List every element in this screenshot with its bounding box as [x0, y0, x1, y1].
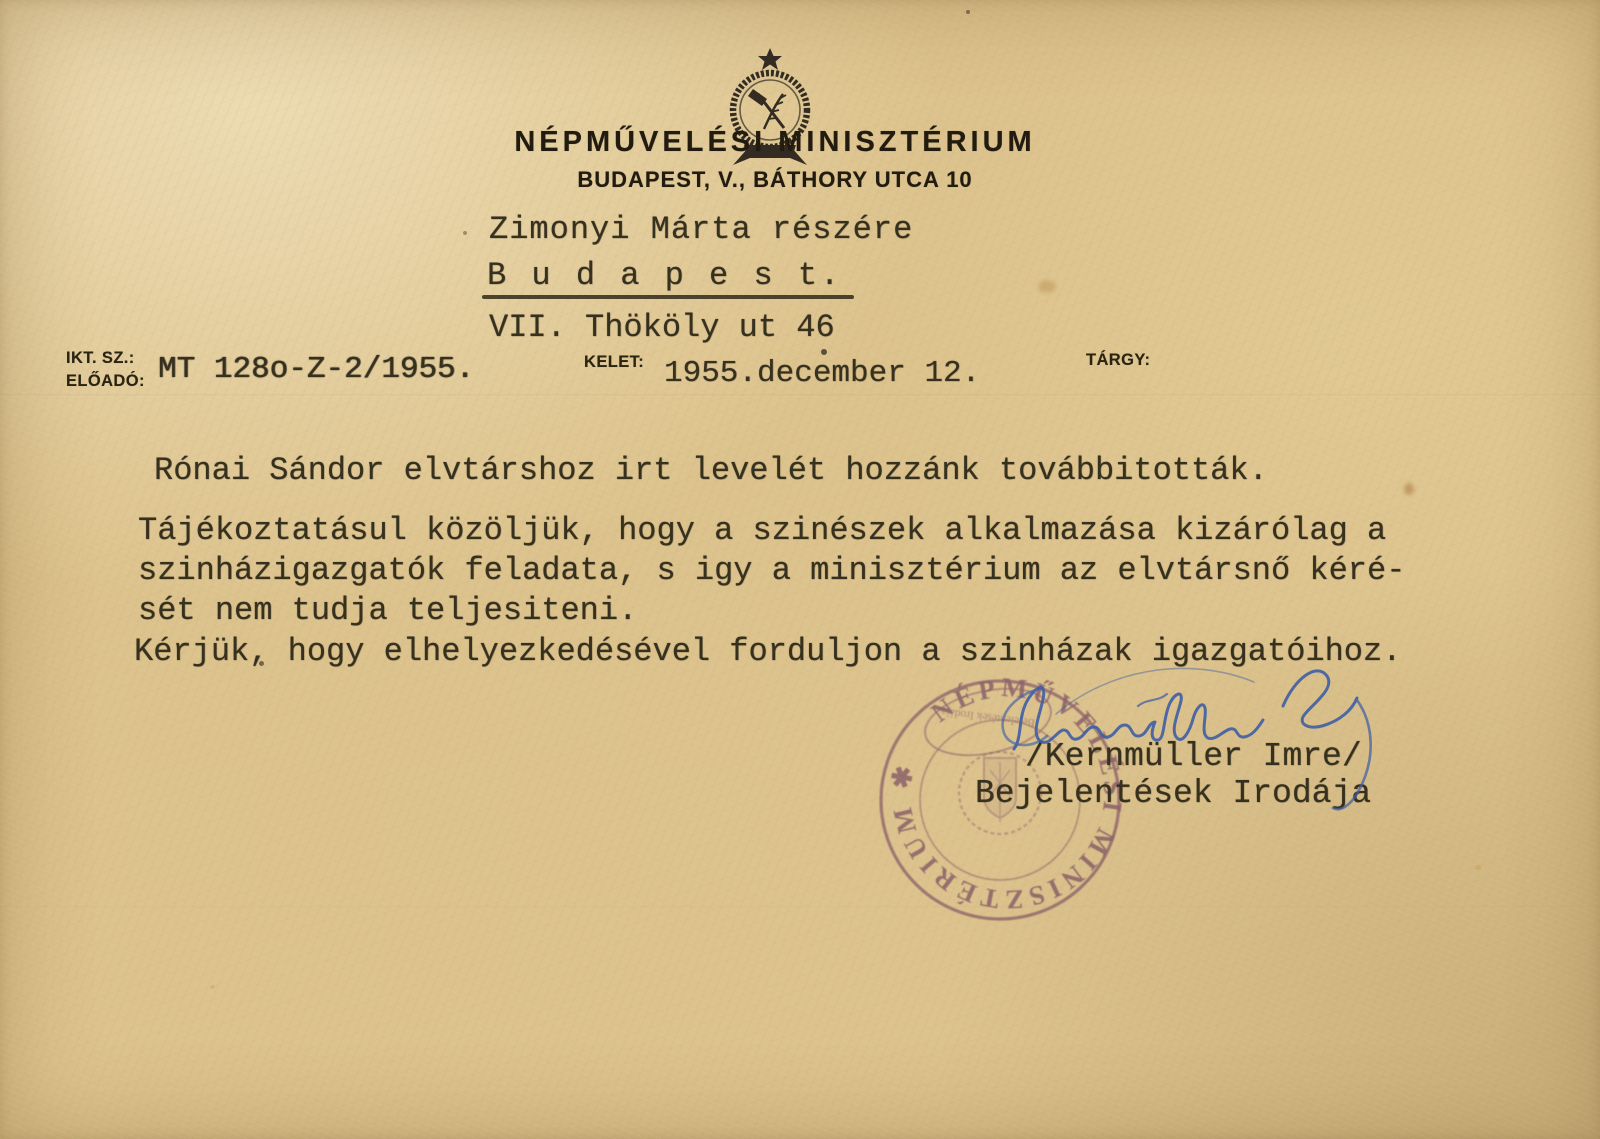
- handwritten-signature: [950, 640, 1410, 840]
- ministry-name: NÉPMŰVELÉSI MINISZTÉRIUM: [375, 126, 1175, 159]
- addressee-name: Zimonyi Márta részére: [489, 211, 913, 248]
- body-line: Tájékoztatásul közöljük, hogy a szinésze…: [138, 512, 1386, 549]
- document-page: NÉPMŰVELÉSI MINISZTÉRIUM BUDAPEST, V., B…: [0, 0, 1600, 1139]
- paper-stain: [1404, 483, 1414, 495]
- city-underline: [482, 295, 854, 299]
- body-line: szinházigazgatók feladata, s igy a minis…: [138, 552, 1405, 589]
- paper-stain: [1038, 280, 1056, 293]
- paper-speck: [463, 231, 467, 235]
- eloado-label: ELŐADÓ:: [66, 372, 145, 391]
- addressee-city: B u d a p e s t.: [487, 257, 842, 294]
- fold-crease: [0, 394, 1600, 397]
- addressee-street: VII. Thököly ut 46: [489, 309, 835, 346]
- body-line: Rónai Sándor elvtárshoz irt levelét hozz…: [154, 452, 1268, 489]
- fold-crease: [0, 906, 1600, 909]
- paper-speck: [966, 10, 970, 14]
- file-number: MT 128o-Z-2/1955.: [158, 352, 474, 387]
- ink-speck: [821, 349, 827, 355]
- targy-label: TÁRGY:: [1086, 351, 1150, 370]
- letter-date: 1955.december 12.: [664, 356, 980, 391]
- body-line: sét nem tudja teljesiteni.: [138, 592, 637, 629]
- paper-speck: [210, 985, 215, 989]
- paper-speck: [1475, 865, 1481, 870]
- ikt-sz-label: IKT. SZ.:: [66, 349, 135, 368]
- kelet-label: KELET:: [584, 353, 644, 372]
- ministry-address: BUDAPEST, V., BÁTHORY UTCA 10: [375, 167, 1175, 193]
